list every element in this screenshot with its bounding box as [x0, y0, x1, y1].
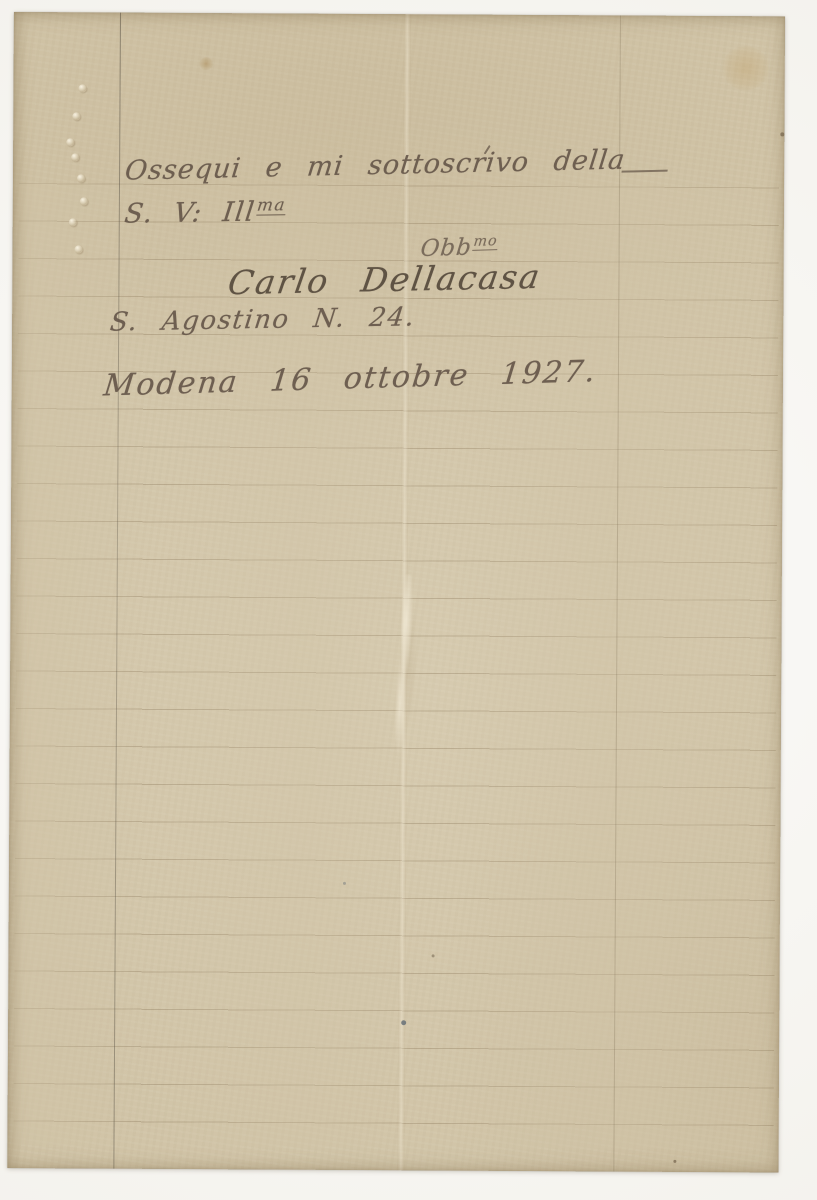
pen-flourish: [622, 167, 669, 173]
emboss-mark: [72, 112, 80, 120]
salutation-text: S. V: Ill: [123, 197, 257, 230]
signature-first-name: Carlo: [225, 261, 332, 302]
emboss-mark: [80, 197, 88, 205]
signature-line: CarloDellacasa: [225, 257, 544, 303]
date-text: Modena 16 ottobre 1927.: [102, 354, 599, 404]
right-fold-line: [613, 15, 621, 1171]
center-wrinkle: [384, 574, 421, 760]
emboss-mark: [66, 138, 74, 146]
address-line: S. Agostino N. 24.: [108, 302, 417, 337]
ink-speck: [673, 1160, 676, 1163]
date-line: Modena 16 ottobre 1927.: [102, 354, 599, 404]
address-text: S. Agostino N. 24.: [108, 302, 417, 337]
closing-text: Ossequi e mi sottoscrivo della: [123, 145, 627, 187]
salutation-line: S. V: Illma: [123, 194, 289, 230]
emboss-mark: [69, 218, 77, 226]
signature-last-name: Dellacasa: [359, 257, 545, 300]
salutation-superscript: ma: [256, 194, 288, 215]
scan-background: Ossequi e mi sottoscrivo della S. V: Ill…: [0, 0, 817, 1200]
left-margin-line: [113, 13, 121, 1169]
center-fold-crease: [397, 14, 411, 1170]
emboss-mark: [79, 84, 87, 92]
emboss-mark: [75, 245, 83, 253]
ink-speck: [432, 954, 435, 957]
closing-line: Ossequi e mi sottoscrivo della: [123, 144, 671, 187]
yellow-stain: [722, 46, 770, 90]
ink-speck: [780, 132, 784, 136]
blue-speck: [401, 1020, 406, 1025]
courtesy-superscript: mo: [473, 233, 500, 251]
letter-paper: Ossequi e mi sottoscrivo della S. V: Ill…: [7, 12, 785, 1172]
brown-stain: [199, 57, 214, 70]
emboss-mark: [77, 174, 85, 182]
emboss-mark: [71, 153, 79, 161]
ink-speck: [343, 882, 346, 885]
